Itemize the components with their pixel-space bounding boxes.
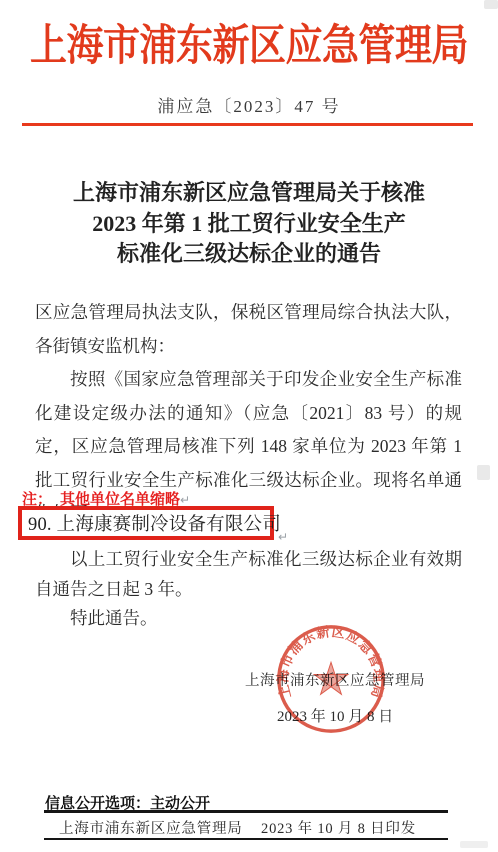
closing-line: 特此通告。 — [35, 604, 462, 634]
doc-title: 上海市浦东新区应急管理局关于核准 2023 年第 1 批工贸行业安全生产 标准化… — [0, 178, 498, 270]
doc-title-line-2: 2023 年第 1 批工贸行业安全生产 — [0, 209, 498, 240]
doc-number: 浦应急〔2023〕47 号 — [0, 92, 498, 117]
signature-date: 2023 年 10 月 8 日 — [277, 705, 393, 726]
doc-title-line-3: 标准化三级达标企业的通告 — [0, 239, 498, 270]
scan-artifact — [460, 841, 488, 848]
scan-artifact — [477, 465, 490, 480]
agency-letterhead: 上海市浦东新区应急管理局 — [0, 10, 498, 73]
footer-print-date: 2023 年 10 月 8 日印发 — [261, 817, 416, 838]
header-divider — [22, 123, 473, 126]
validity-paragraph: 以上工贸行业安全生产标准化三级达标企业有效期自通告之日起 3 年。 — [35, 545, 462, 604]
scan-artifact — [484, 0, 498, 9]
addressee-line: 区应急管理局执法支队，保税区管理局综合执法大队，各街镇安监机构： — [35, 296, 462, 363]
paragraph-return-icon: ↵ — [278, 530, 288, 544]
company-entry: 90. 上海康赛制冷设备有限公司 — [28, 510, 281, 536]
signature-agency: 上海市浦东新区应急管理局 — [245, 669, 425, 690]
footer-issuer: 上海市浦东新区应急管理局 — [59, 817, 243, 838]
paragraph-return-icon: ↵ — [180, 493, 190, 507]
highlight-box: 90. 上海康赛制冷设备有限公司 — [18, 506, 274, 540]
footer-divider-bottom — [44, 838, 448, 840]
doc-title-line-1: 上海市浦东新区应急管理局关于核准 — [0, 178, 498, 209]
footer-row: 上海市浦东新区应急管理局 2023 年 10 月 8 日印发 — [44, 817, 448, 838]
footer-divider-top — [44, 810, 448, 813]
